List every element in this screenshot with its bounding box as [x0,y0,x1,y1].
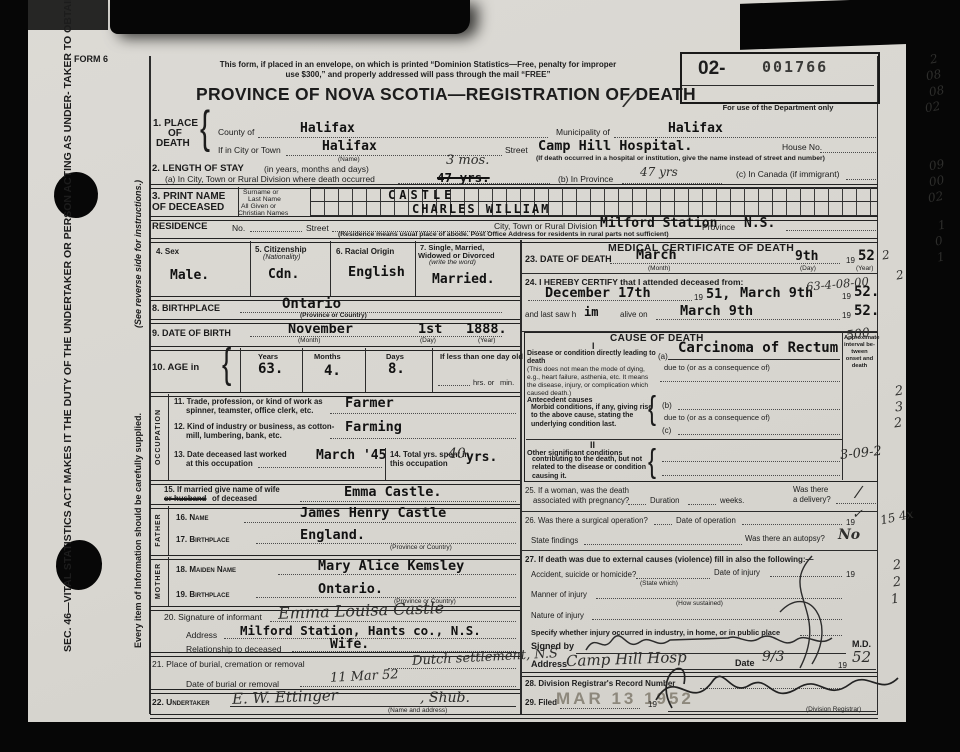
q16-label: 16. Name [176,513,208,522]
margin-note: 02 [927,189,944,205]
column-divider [520,240,522,714]
q8-value: Ontario [282,296,341,312]
dotted-line [560,707,640,709]
q3-surname-value: CASTLE [388,188,455,202]
q21-label: 21. Place of burial, cremation or remova… [152,659,305,669]
q26-label: 26. Was there a surgical operation? [525,516,648,525]
q14-label2: this occupation [390,459,448,468]
department-caption: For use of the Department only [686,103,870,112]
cause-antecedent-label: Antecedent causes [527,395,593,404]
division-registrar-signature [648,656,906,714]
divider [250,241,251,296]
q10-years-label: Years [258,352,278,361]
q25-duration-label: Duration [650,496,679,505]
rule [522,510,877,512]
department-prefix: 02- [698,58,725,80]
q10-lessday-label: If less than one day old [440,352,523,361]
divider [415,241,416,296]
q23-label: 23. DATE OF DEATH [525,254,612,264]
q23-cap-month: (Month) [648,265,670,272]
q19-label: 19. Birthplace [176,590,229,599]
q1-street-caption: (If death occurred in a hospital or inst… [536,155,825,162]
q7-value: Married. [432,272,495,287]
form-border-left [149,56,151,714]
given-name-letter-grid [310,201,878,216]
q10-hrs-label: hrs. or [473,378,494,387]
cause-dueto-1: due to (or as a consequence of) [664,363,770,372]
q8-label: 8. BIRTHPLACE [152,303,220,313]
form-number: FORM 6 [74,54,108,64]
q4-label: 4. Sex [156,247,179,256]
q13-label2: at this occupation [186,459,253,468]
scan-smudge-top-right [740,0,960,50]
q1-city-value: Halifax [322,139,377,154]
sidebar-sec46-text: SEC. 46—VITAL STATISTICS ACT MAKES IT TH… [62,132,76,652]
divider [168,557,169,606]
mail-notice-line1: This form, if placed in an envelope, on … [188,60,648,69]
dotted-line [820,151,876,153]
q10-months-label: Months [314,352,341,361]
q23-19: 19 [846,256,855,265]
q10-months: 4. [324,363,341,379]
q15-value: Emma Castle. [344,484,442,500]
dotted-line [628,503,646,505]
q5-value: Cdn. [268,267,299,282]
department-box-divider [682,84,874,86]
dotted-line [654,523,672,525]
q3-surname-label1: Surname or [243,189,279,196]
margin-note: 02 [924,99,941,115]
q4-value: Male. [170,268,209,283]
dotted-line [610,262,840,264]
dotted-line [388,667,516,669]
margin-note: 08 [925,67,942,83]
margin-note: 0 [934,233,944,248]
q27-nature-label: Nature of injury [531,611,584,620]
q17-value: England. [300,527,365,543]
q7-label3: (write the word) [429,259,476,266]
dotted-line [330,412,516,414]
q11-value: Farmer [345,395,394,411]
q24-im: im [584,305,598,319]
q6-value: English [348,264,405,280]
cause-lead-label: Disease or condition directly leading to… [527,350,657,366]
dotted-line [786,229,876,231]
q23-year: 52 [858,248,875,264]
q24-last-date: March 9th [680,303,753,319]
q22-signature-2: , Shub. [420,690,470,706]
cause-c-label: (c) [662,426,671,435]
q14-value: yrs. [466,450,497,465]
q1-label-3: DEATH [156,138,190,149]
q8-caption: (Province or Country) [300,312,367,319]
q1-municipality-label: Municipality of [556,127,610,137]
q18-label: 18. Maiden Name [176,565,236,574]
form-border-bottom [150,714,878,719]
q1-county-label: County of [218,127,254,137]
q24-19b: 19 [842,292,851,301]
q2-label: 2. LENGTH OF STAY [152,163,244,174]
q6-label: 6. Racial Origin [336,247,394,256]
residence-label: RESIDENCE [152,221,207,232]
q12-label1: 12. Kind of industry or business, as cot… [174,422,334,431]
q3-label-1: 3. PRINT NAME [152,191,225,202]
margin-note: 08 [928,83,945,99]
q1-city-caption: (Name) [338,156,360,163]
residence-no-label: No. [232,223,245,233]
residence-division-value: Milford Station [600,216,717,231]
q21-date-label: Date of burial or removal [186,679,279,689]
q27-statewhich-caption: (State which) [640,580,678,587]
divider [365,348,366,392]
q2c-label: (c) In Canada (if immigrant) [736,169,839,179]
q23-month: March [636,247,677,263]
q24-last2: alive on [620,310,648,319]
cause-a-label: (a) [658,352,668,361]
form-title: PROVINCE OF NOVA SCOTIA—REGISTRATION OF … [196,84,696,105]
dotted-line [438,384,470,386]
dotted-line [330,437,516,439]
q24-year3: 52. [854,303,879,319]
q23-cap-day: (Day) [800,265,816,272]
dotted-line [258,136,548,138]
q25-label1: 25. If a woman, was the death [525,486,629,495]
cause-dueto-2: due to (or as a consequence of) [664,413,770,422]
dotted-line [278,573,516,575]
q9-label: 9. DATE OF BIRTH [152,328,231,338]
q24-last1: and last saw h [525,310,576,319]
dotted-line [678,433,840,435]
q10-label: 10. AGE in [152,362,199,373]
q20-address-value: Milford Station, Hants co., N.S. [240,623,481,638]
scan-smudge-top [110,0,470,34]
margin-note: 09 [928,157,945,173]
q2a-handwritten-value: 3 mos. [446,153,489,168]
q9-cap-month: (Month) [298,337,320,344]
margin-note: 00 [928,173,945,189]
q11-label1: 11. Trade, profession, or kind of work a… [174,397,323,406]
residence-caption: (Residence means usual place of abode. P… [338,231,669,238]
q17-caption: (Province or Country) [390,544,452,551]
q29-label: 29. Filed [525,698,557,707]
q26-mark: ✓ [852,507,863,522]
q16-value: James Henry Castle [300,505,446,521]
rule [150,346,520,351]
q15-label1: 15. If married give name of wife [164,485,280,494]
dotted-line [256,542,516,544]
rule [522,272,877,274]
dotted-line [224,637,516,639]
q27-how-caption: (How sustained) [676,600,723,607]
q13-label1: 13. Date deceased last worked [174,450,287,459]
cause-lead-paren: (This does not mean the mode of dying, e… [527,366,655,398]
cause-brace: { [648,389,656,428]
divider [385,448,386,480]
department-number: 001766 [762,58,828,76]
q18-value: Mary Alice Kemsley [318,558,464,574]
q10-min-label: min. [500,378,514,387]
q26-findings-label: State findings [531,536,578,545]
cause-antecedent-text: Morbid conditions, if any, giving rise t… [531,404,653,429]
q3-surname-label2: Last Name [248,196,281,203]
dotted-line [258,466,382,468]
q20-address-label: Address [186,630,217,640]
line [526,438,842,440]
line [230,705,516,707]
q3-given-label1: All Given or [241,203,276,210]
divider [240,348,241,392]
q27-manner-label: Manner of injury [531,590,587,599]
dotted-line [836,502,876,504]
dotted-line [584,543,742,545]
scan-border-bottom [0,722,960,752]
q2a-label: (a) In City, Town or Rural Division wher… [165,174,375,184]
line [668,358,840,360]
scanned-death-certificate: SEC. 46—VITAL STATISTICS ACT MAKES IT TH… [0,0,960,752]
q5-label2: (Nationality) [263,254,300,261]
q25-delivery-label: a delivery? [793,495,831,504]
cause-b-label: (b) [662,401,672,410]
cause-other-text: contributing to the death, but not relat… [532,456,660,481]
q3-label-2: OF DECEASED [152,202,224,213]
q10-years: 63. [258,361,283,377]
q5-label: 5. Citizenship [255,245,307,254]
q27-accident-label: Accident, suicide or homicide? [531,570,636,579]
q13-value: March '45 [316,448,386,463]
q25-wasthere-label: Was there [793,485,828,494]
dotted-line [656,318,840,320]
divider [330,241,331,296]
q3-given-value: CHARLES WILLIAM [412,202,550,216]
q26-autopsy-handwritten: No [838,527,860,543]
dotted-line [846,178,876,180]
cause-a-value: Carcinoma of Rectum [678,340,838,356]
margin-note: 2 [895,267,905,282]
q2b-handwritten-value: 47 yrs [640,165,678,179]
rule [522,549,877,551]
occupation-side-label: OCCUPATION [155,396,162,478]
residence-street-label: Street [306,223,329,233]
q1-house-label: House No. [782,142,822,152]
dotted-line [528,299,692,301]
q26-autopsy-label: Was there an autopsy? [745,534,825,543]
q23-cap-year: (Year) [856,265,873,272]
dotted-line [678,408,840,410]
q10-days-label: Days [386,352,404,361]
divider [168,394,169,480]
q14-handwritten-value: 40 [448,446,466,462]
scan-border-left [0,0,28,752]
residence-province-value: N.S. [744,216,775,231]
q19-value: Ontario. [318,581,383,597]
q24-19a: 19 [694,293,703,302]
q9-cap-day: (Day) [420,337,436,344]
q2b-label: (b) In Province [558,174,613,184]
dotted-line [636,577,710,579]
signed-by-label: Signed by [531,641,574,651]
dotted-line [662,474,840,476]
q1-street-label: Street [505,145,528,155]
dotted-line [688,503,716,505]
dotted-line [662,460,840,462]
dotted-line [250,230,302,232]
q1-city-label: If in City or Town [218,145,281,155]
divider [302,348,303,392]
sidebar-supply-note: Every item of Information should be care… [133,343,143,648]
dotted-line [660,380,840,382]
q12-value: Farming [345,419,402,435]
margin-note: 2 [881,248,891,263]
mother-side-label: MOTHER [155,558,162,604]
q24-year1: 51, [706,286,730,302]
q22-caption: (Name and address) [388,707,447,714]
residence-division-label: City, Town or Rural Division [494,221,597,231]
q1-brace: { [200,104,210,155]
q2-label2: (in years, months and days) [264,164,369,174]
cause-brace-2: { [648,442,656,481]
q1-municipality-value: Halifax [668,121,723,136]
q12-label2: mill, lumbering, bank, etc. [186,431,282,440]
q1-street-value: Camp Hill Hospital. [538,138,692,154]
dotted-line [240,311,502,313]
q24-19c: 19 [842,311,851,320]
father-side-label: FATHER [155,508,162,552]
q15-label3: of deceased [212,494,257,503]
dotted-line [244,521,516,523]
q22-label: 22. Undertaker [152,697,210,707]
divider [168,506,169,555]
sidebar-reverse-note: (See reverse side for instructions.) [133,113,143,328]
q10-brace: { [222,340,231,388]
q17-label: 17. Birthplace [176,535,229,544]
dotted-line [256,596,516,598]
dotted-line [742,523,842,525]
q26-date-label: Date of operation [676,516,736,525]
dotted-line [270,620,516,622]
divider [432,348,433,392]
residence-province-label: Province [702,222,735,232]
q15-label2-struck: or husband [164,494,206,503]
q10-days: 8. [388,361,405,377]
q11-label2: spinner, teamster, office clerk, etc. [186,406,313,415]
q1-county-value: Halifax [300,121,355,136]
q9-cap-year: (Year) [478,337,495,344]
q25-weeks-label: weeks. [720,496,744,505]
mail-notice-line2: use $300,” and properly addressed will p… [188,70,648,79]
q20-label: 20. Signature of informant [164,612,262,622]
margin-note: 2 [929,51,939,66]
q25-label2: associated with pregnancy? [533,496,629,505]
dotted-line [300,500,516,502]
q27-dateinjury-label: Date of injury [714,568,760,577]
q24-to-date: March 9th [740,285,813,301]
dotted-line [250,335,502,337]
